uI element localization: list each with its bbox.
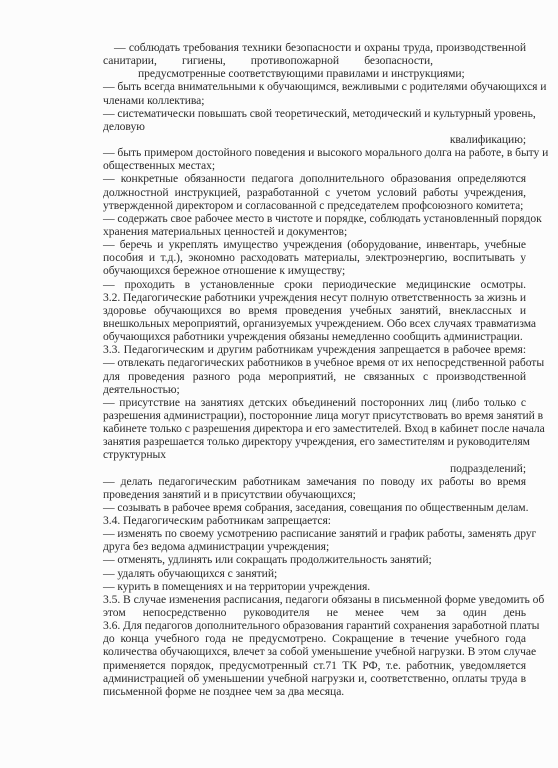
document-line: — отвлекать педагогических работников в … — [103, 356, 526, 369]
document-line: администрацией об уменьшении учебной наг… — [103, 672, 526, 685]
document-line: деятельностью; — [103, 383, 526, 396]
document-line: структурных — [103, 448, 526, 461]
document-line: — отменять, удлинять или сокращать продо… — [103, 553, 526, 566]
document-line: применяется порядок, предусмотренный ст.… — [103, 659, 526, 672]
document-line: — содержать свое рабочее место в чистоте… — [103, 212, 526, 225]
document-line: друга без ведома администрации учреждени… — [103, 540, 526, 553]
document-line: — соблюдать требования техники безопасно… — [103, 41, 526, 54]
document-line: санитарии, гигиены, противопожарной безо… — [103, 54, 433, 67]
document-body: — соблюдать требования техники безопасно… — [103, 41, 526, 698]
document-line: здоровье обучающихся во время проведения… — [103, 304, 526, 317]
document-line: разрешения администрации), посторонние л… — [103, 409, 526, 422]
document-line: 3.6. Для педагогов дополнительного образ… — [103, 619, 526, 632]
document-line: — присутствие на занятиях детских объеди… — [103, 396, 526, 409]
scanned-document-page: — соблюдать требования техники безопасно… — [0, 0, 558, 768]
document-line: для проведения разного рода мероприятий,… — [103, 370, 526, 383]
document-line: — проходить в установленные сроки период… — [103, 278, 526, 291]
document-line: — удалять обучающихся с занятий; — [103, 567, 526, 580]
document-line: до конца учебного года не предусмотрено.… — [103, 632, 526, 645]
document-line: — быть примером достойного поведения и в… — [103, 146, 526, 159]
document-line: занятия разрешается только директору учр… — [103, 435, 526, 448]
document-line: — делать педагогическим работникам замеч… — [103, 475, 526, 488]
document-line: обучающихся работники учреждения обязаны… — [103, 330, 526, 343]
document-line: — беречь и укреплять имущество учреждени… — [103, 238, 526, 251]
document-line: количества обучающихся, влечет за собой … — [103, 645, 526, 658]
document-line: внешкольных мероприятий, организуемых уч… — [103, 317, 526, 330]
document-line: 3.2. Педагогические работники учреждения… — [103, 291, 526, 304]
document-line: должностной инструкцией, разработанной с… — [103, 186, 526, 199]
document-line: хранения материальных ценностей и докуме… — [103, 225, 526, 238]
document-line: — созывать в рабочее время собрания, зас… — [103, 501, 526, 514]
document-line: 3.3. Педагогическим и другим работникам … — [103, 343, 526, 356]
document-line: предусмотренные соответствующими правила… — [103, 67, 526, 80]
document-line: проведения занятий и в присутствии обуча… — [103, 488, 526, 501]
document-line: — быть всегда внимательными к обучающимс… — [103, 80, 526, 93]
document-line: этом непосредственно руководителя не мен… — [103, 606, 526, 619]
document-line: — систематически повышать свой теоретиче… — [103, 107, 526, 120]
document-line: обучающихся бережное отношение к имущест… — [103, 264, 526, 277]
document-line: общественных местах; — [103, 159, 526, 172]
document-line: подразделений; — [103, 462, 526, 475]
document-line: деловую — [103, 120, 526, 133]
document-line: 3.4. Педагогическим работникам запрещает… — [103, 514, 526, 527]
document-line: — конкретные обязанности педагога дополн… — [103, 172, 526, 185]
document-line: кабинете только с разрешения директора и… — [103, 422, 526, 435]
document-line: — изменять по своему усмотрению расписан… — [103, 527, 526, 540]
document-line: — курить в помещениях и на территории уч… — [103, 580, 526, 593]
document-line: 3.5. В случае изменения расписания, педа… — [103, 593, 526, 606]
document-line: письменной форме не позднее чем за два м… — [103, 685, 526, 698]
document-line: пособия и т.д.), экономно расходовать ма… — [103, 251, 526, 264]
document-line: членами коллектива; — [103, 94, 526, 107]
document-line: утвержденной директором и согласованной … — [103, 199, 526, 212]
document-line: квалификацию; — [103, 133, 526, 146]
